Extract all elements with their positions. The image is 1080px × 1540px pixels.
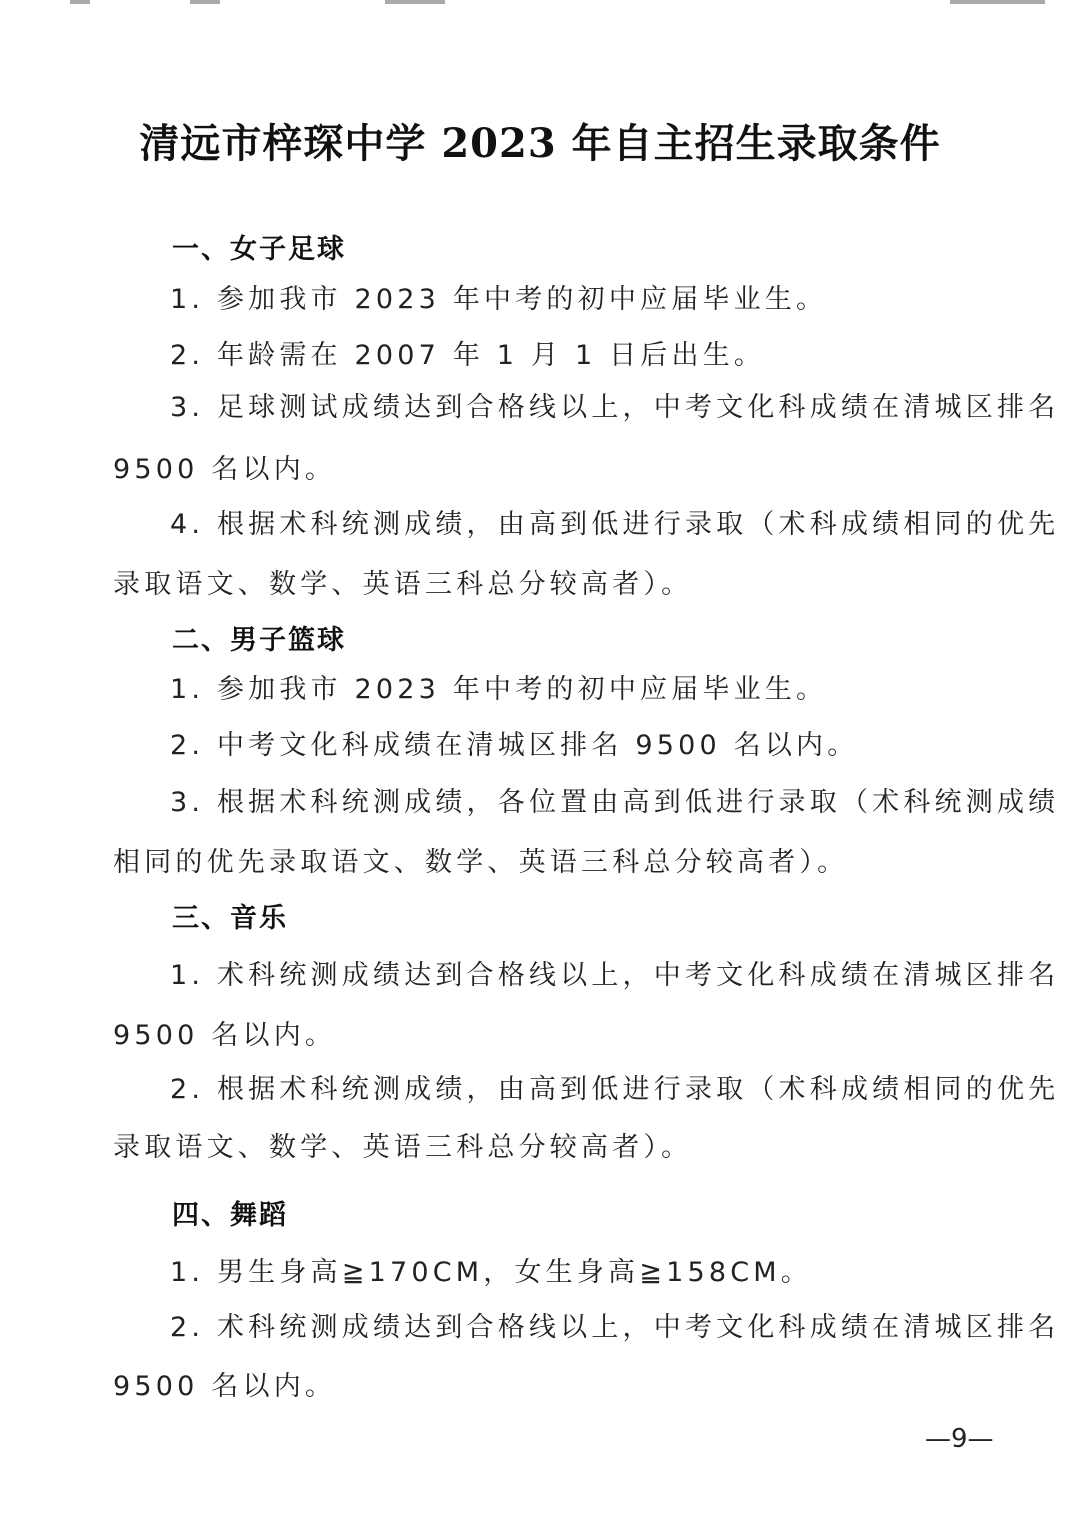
- section-1-line-1: 1. 参加我市 2023 年中考的初中应届毕业生。: [170, 277, 827, 316]
- section-2-line-2: 2. 中考文化科成绩在清城区排名 9500 名以内。: [170, 723, 858, 762]
- page-title: 清远市梓琛中学 2023 年自主招生录取条件: [0, 112, 1080, 169]
- section-3-line-1: 1. 术科统测成绩达到合格线以上，中考文化科成绩在清城区排名: [170, 953, 1059, 992]
- section-3-line-2: 2. 根据术科统测成绩，由高到低进行录取（术科成绩相同的优先: [170, 1067, 1059, 1106]
- section-heading-mens-basketball: 二、男子篮球: [172, 618, 346, 657]
- section-1-line-2: 2. 年龄需在 2007 年 1 月 1 日后出生。: [170, 333, 765, 372]
- section-heading-dance: 四、舞蹈: [172, 1193, 288, 1232]
- section-1-line-3: 3. 足球测试成绩达到合格线以上，中考文化科成绩在清城区排名: [170, 385, 1059, 424]
- section-2-line-3: 3. 根据术科统测成绩，各位置由高到低进行录取（术科统测成绩: [170, 780, 1059, 819]
- section-heading-womens-football: 一、女子足球: [172, 227, 346, 266]
- section-heading-music: 三、音乐: [172, 896, 288, 935]
- section-4-line-2-cont: 9500 名以内。: [113, 1364, 336, 1403]
- page-number: —9—: [925, 1424, 994, 1454]
- section-1-line-4-cont: 录取语文、数学、英语三科总分较高者）。: [113, 562, 692, 601]
- section-4-line-1: 1. 男生身高≧170CM，女生身高≧158CM。: [170, 1250, 812, 1289]
- section-3-line-2-cont: 录取语文、数学、英语三科总分较高者）。: [113, 1125, 692, 1164]
- document-page: 清远市梓琛中学 2023 年自主招生录取条件 一、女子足球 1. 参加我市 20…: [0, 0, 1080, 1540]
- section-2-line-3-cont: 相同的优先录取语文、数学、英语三科总分较高者）。: [113, 840, 848, 879]
- section-3-line-1-cont: 9500 名以内。: [113, 1013, 336, 1052]
- section-1-line-4: 4. 根据术科统测成绩，由高到低进行录取（术科成绩相同的优先: [170, 502, 1059, 541]
- section-2-line-1: 1. 参加我市 2023 年中考的初中应届毕业生。: [170, 667, 827, 706]
- section-1-line-3-cont: 9500 名以内。: [113, 447, 336, 486]
- section-4-line-2: 2. 术科统测成绩达到合格线以上，中考文化科成绩在清城区排名: [170, 1305, 1059, 1344]
